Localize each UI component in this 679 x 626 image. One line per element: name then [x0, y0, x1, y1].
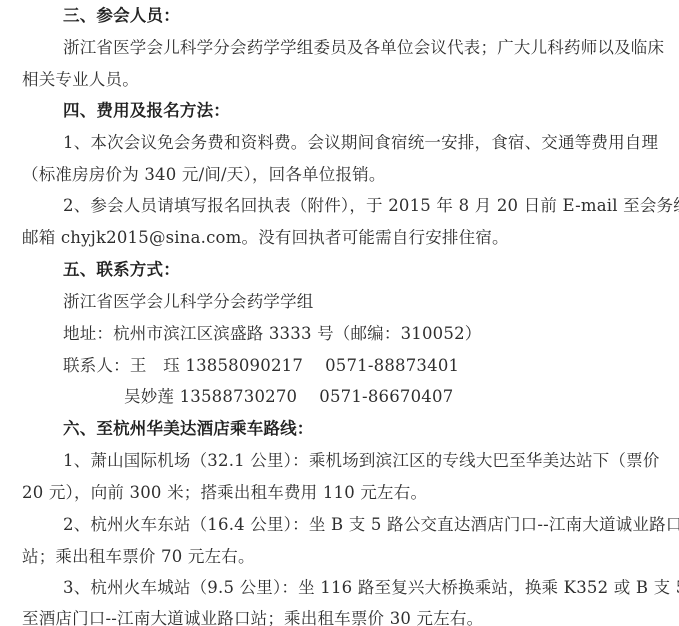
contact-name: 王 珏	[130, 356, 180, 375]
contact-organization: 浙江省医学会儿科学分会药学学组	[63, 292, 314, 312]
routes-item3-line1: 3、杭州火车城站（9.5 公里）：坐 116 路至复兴大桥换乘站，换乘 K352…	[63, 578, 679, 598]
contact-phone: 0571-86670407	[319, 387, 453, 406]
fees-item2-line1: 2、参会人员请填写报名回执表（附件），于 2015 年 8 月 20 日前 E-…	[63, 196, 679, 216]
routes-item2-line2: 站；乘出租车票价 70 元左右。	[22, 547, 255, 567]
routes-item2-line1: 2、杭州火车东站（16.4 公里）：坐 B 支 5 路公交直达酒店门口--江南大…	[63, 515, 679, 535]
routes-item3-line2: 至酒店门口--江南大道诚业路口站；乘出租车票价 30 元左右。	[22, 609, 483, 626]
fees-item2-line2: 邮箱 chyjk2015@sina.com。没有回执者可能需自行安排住宿。	[22, 228, 509, 248]
contact-phone: 0571-88873401	[325, 356, 459, 375]
contact-person-row-1: 联系人：王 珏 138580902170571-88873401	[63, 356, 459, 376]
fees-item1-line1: 1、本次会议免会务费和资料费。会议期间食宿统一安排，食宿、交通等费用自理	[63, 133, 658, 153]
contact-label: 联系人：	[63, 356, 130, 375]
contact-person-row-2: 吴妙莲 135887302700571-86670407	[124, 387, 453, 407]
section-heading-fees: 四、费用及报名方法：	[63, 101, 230, 121]
section-heading-routes: 六、至杭州华美达酒店乘车路线：	[63, 419, 314, 439]
section-heading-contact: 五、联系方式：	[63, 260, 180, 280]
document-page: 三、参会人员： 浙江省医学会儿科学分会药学学组委员及各单位会议代表；广大儿科药师…	[0, 0, 679, 626]
attendees-paragraph-line1: 浙江省医学会儿科学分会药学学组委员及各单位会议代表；广大儿科药师以及临床	[63, 38, 664, 58]
attendees-paragraph-line2: 相关专业人员。	[22, 70, 139, 90]
section-heading-attendees: 三、参会人员：	[63, 6, 180, 26]
fees-item1-line2: （标准房房价为 340 元/间/天），回各单位报销。	[22, 165, 386, 185]
routes-item1-line2: 20 元），向前 300 米；搭乘出租车费用 110 元左右。	[22, 483, 427, 503]
routes-item1-line1: 1、萧山国际机场（32.1 公里）：乘机场到滨江区的专线大巴至华美达站下（票价	[63, 451, 660, 471]
contact-mobile: 13858090217	[185, 356, 303, 375]
contact-address: 地址：杭州市滨江区滨盛路 3333 号（邮编：310052）	[63, 324, 481, 344]
contact-mobile: 13588730270	[180, 387, 298, 406]
contact-name: 吴妙莲	[124, 387, 174, 406]
